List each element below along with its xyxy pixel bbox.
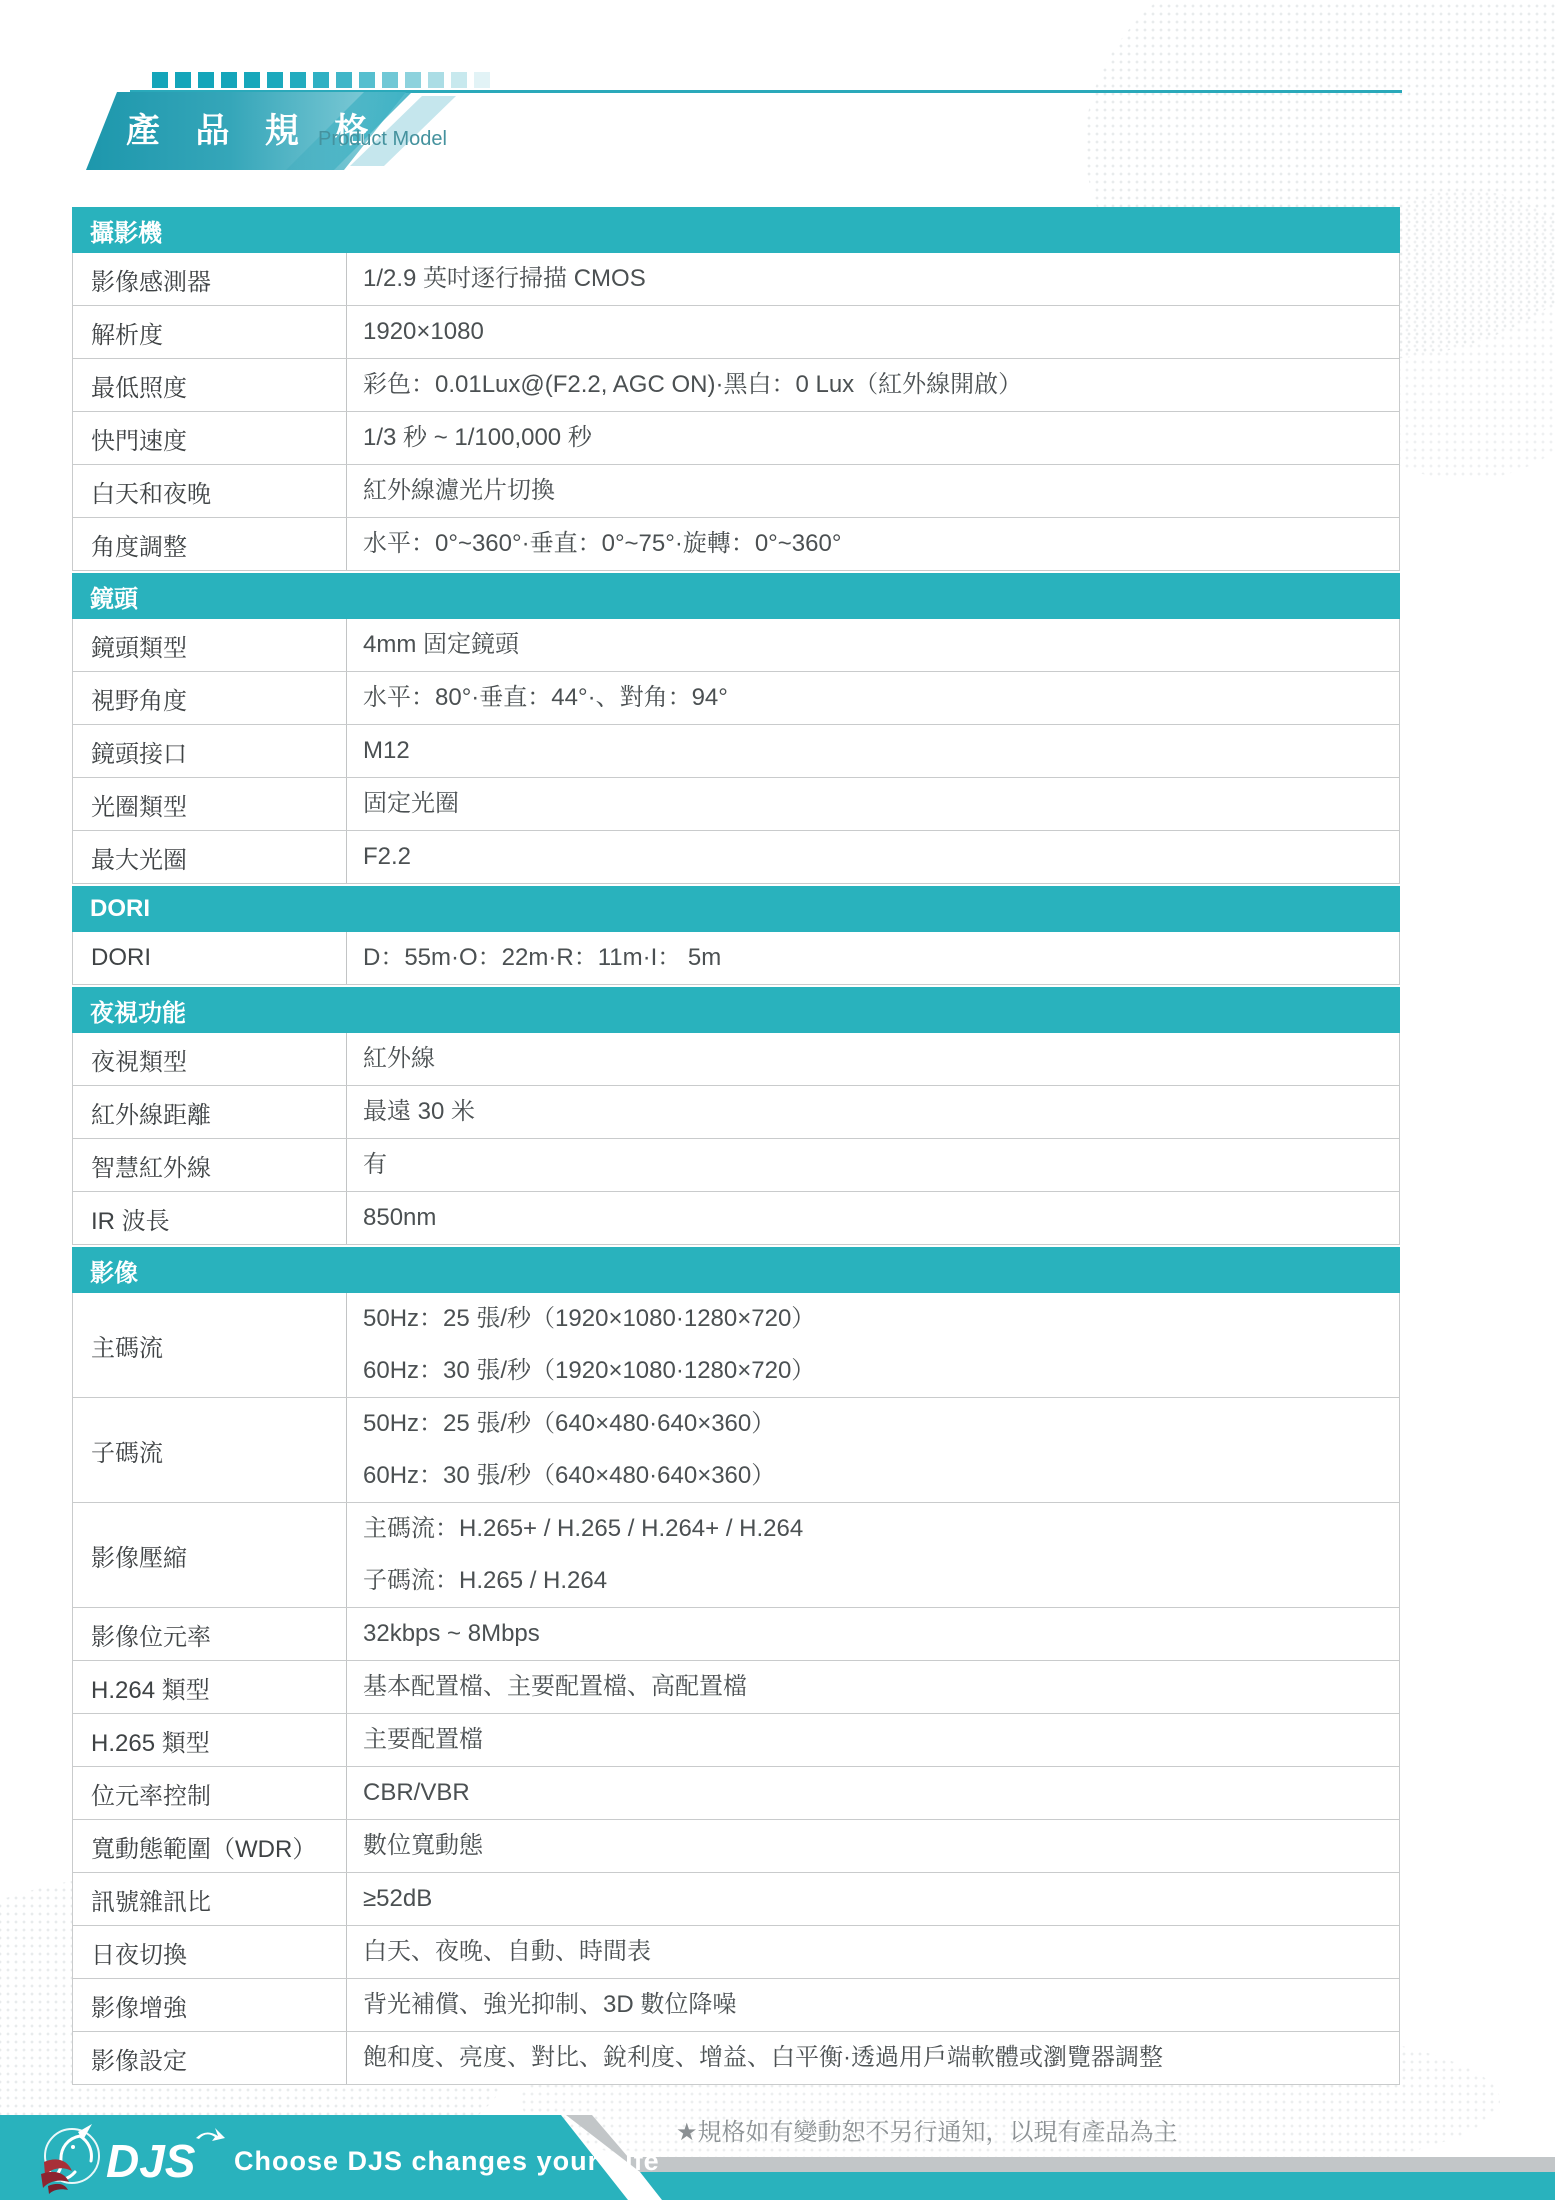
spec-value-line: 基本配置檔、主要配置檔、高配置檔: [363, 1661, 1399, 1713]
section-title: 攝影機: [90, 213, 162, 248]
spec-value-line: 32kbps ~ 8Mbps: [363, 1608, 1399, 1660]
spec-label: 影像增強: [73, 1979, 347, 2031]
spec-label: 影像位元率: [73, 1608, 347, 1660]
spec-value-line: 背光補償、強光抑制、3D 數位降噪: [363, 1979, 1399, 2031]
spec-value: 最遠 30 米: [347, 1086, 1399, 1138]
spec-row: 紅外線距離最遠 30 米: [73, 1086, 1399, 1139]
spec-row: 角度調整水平：0°~360°·垂直：0°~75°·旋轉：0°~360°: [73, 518, 1399, 571]
spec-value-line: 紅外線: [363, 1033, 1399, 1085]
spec-value-line: 50Hz：25 張/秒（640×480·640×360）: [363, 1398, 1399, 1450]
spec-value: 紅外線: [347, 1033, 1399, 1085]
spec-label: 角度調整: [73, 518, 347, 570]
square-dot: [152, 72, 168, 88]
spec-row: 夜視類型紅外線: [73, 1033, 1399, 1086]
section-header: 夜視功能: [72, 987, 1400, 1033]
spec-value: 水平：0°~360°·垂直：0°~75°·旋轉：0°~360°: [347, 518, 1399, 570]
section-header: DORI: [72, 886, 1400, 932]
spec-value-line: 60Hz：30 張/秒（1920×1080·1280×720）: [363, 1345, 1399, 1397]
spec-value: F2.2: [347, 831, 1399, 883]
spec-row: 鏡頭類型4mm 固定鏡頭: [73, 619, 1399, 672]
spec-value-line: 1/3 秒 ~ 1/100,000 秒: [363, 412, 1399, 464]
spec-value-line: 主要配置檔: [363, 1714, 1399, 1766]
square-dot: [221, 72, 237, 88]
square-dot: [405, 72, 421, 88]
spec-row: 主碼流50Hz：25 張/秒（1920×1080·1280×720）60Hz：3…: [73, 1293, 1399, 1398]
spec-value-line: 紅外線濾光片切換: [363, 465, 1399, 517]
section-header: 鏡頭: [72, 573, 1400, 619]
spec-label: 位元率控制: [73, 1767, 347, 1819]
spec-value-line: 固定光圈: [363, 778, 1399, 830]
spec-label: 影像設定: [73, 2032, 347, 2084]
square-dot: [451, 72, 467, 88]
spec-label: 訊號雜訊比: [73, 1873, 347, 1925]
spec-value: 4mm 固定鏡頭: [347, 619, 1399, 671]
spec-table: 攝影機影像感測器1/2.9 英吋逐行掃描 CMOS解析度1920×1080最低照…: [72, 205, 1400, 2085]
section-title: 影像: [90, 1253, 138, 1288]
spec-value-line: ≥52dB: [363, 1873, 1399, 1925]
section-header: 攝影機: [72, 207, 1400, 253]
spec-label: 寬動態範圍（WDR）: [73, 1820, 347, 1872]
spec-value: 1920×1080: [347, 306, 1399, 358]
spec-value: 50Hz：25 張/秒（1920×1080·1280×720）60Hz：30 張…: [347, 1293, 1399, 1397]
spec-row: 影像位元率32kbps ~ 8Mbps: [73, 1608, 1399, 1661]
spec-value: 主要配置檔: [347, 1714, 1399, 1766]
section-header: 影像: [72, 1247, 1400, 1293]
section-body: 夜視類型紅外線紅外線距離最遠 30 米智慧紅外線有IR 波長850nm: [72, 1033, 1400, 1245]
spec-row: 日夜切換白天、夜晚、自動、時間表: [73, 1926, 1399, 1979]
spec-value-line: 子碼流：H.265 / H.264: [363, 1555, 1399, 1607]
spec-row: 白天和夜晚紅外線濾光片切換: [73, 465, 1399, 518]
logo-text: DJS: [106, 2135, 196, 2187]
spec-row: 影像感測器1/2.9 英吋逐行掃描 CMOS: [73, 253, 1399, 306]
spec-label: 子碼流: [73, 1398, 347, 1502]
spec-value-line: 50Hz：25 張/秒（1920×1080·1280×720）: [363, 1293, 1399, 1345]
header-squares: [152, 72, 497, 88]
spec-label: DORI: [73, 932, 347, 984]
spec-value-line: 飽和度、亮度、對比、銳利度、增益、白平衡·透過用戶端軟體或瀏覽器調整: [363, 2032, 1399, 2084]
spec-value-line: 彩色：0.01Lux@(F2.2, AGC ON)·黑白：0 Lux（紅外線開啟…: [363, 359, 1399, 411]
footer-disclaimer: ★規格如有變動恕不另行通知，以現有產品為主: [676, 2112, 1178, 2147]
square-dot: [198, 72, 214, 88]
spec-value-line: 水平：0°~360°·垂直：0°~75°·旋轉：0°~360°: [363, 518, 1399, 570]
spec-row: 影像壓縮主碼流：H.265+ / H.265 / H.264+ / H.264子…: [73, 1503, 1399, 1608]
section-body: 鏡頭類型4mm 固定鏡頭視野角度水平：80°·垂直：44°·、對角：94°鏡頭接…: [72, 619, 1400, 884]
spec-label: H.265 類型: [73, 1714, 347, 1766]
spec-label: 日夜切換: [73, 1926, 347, 1978]
square-dot: [474, 72, 490, 88]
spec-value-line: 4mm 固定鏡頭: [363, 619, 1399, 671]
section-body: DORID：55m·O：22m·R：11m·I： 5m: [72, 932, 1400, 985]
spec-value-line: M12: [363, 725, 1399, 777]
spec-row: 位元率控制CBR/VBR: [73, 1767, 1399, 1820]
section-body: 影像感測器1/2.9 英吋逐行掃描 CMOS解析度1920×1080最低照度彩色…: [72, 253, 1400, 571]
spec-value: 1/3 秒 ~ 1/100,000 秒: [347, 412, 1399, 464]
spec-label: 最低照度: [73, 359, 347, 411]
spec-row: 智慧紅外線有: [73, 1139, 1399, 1192]
spec-sheet-page: 產 品 規 格 Product Model 攝影機影像感測器1/2.9 英吋逐行…: [0, 0, 1555, 2200]
spec-value: 背光補償、強光抑制、3D 數位降噪: [347, 1979, 1399, 2031]
spec-value-line: 1/2.9 英吋逐行掃描 CMOS: [363, 253, 1399, 305]
section-body: 主碼流50Hz：25 張/秒（1920×1080·1280×720）60Hz：3…: [72, 1293, 1400, 2085]
spec-value-line: 白天、夜晚、自動、時間表: [363, 1926, 1399, 1978]
spec-label: 光圈類型: [73, 778, 347, 830]
spec-value-line: 水平：80°·垂直：44°·、對角：94°: [363, 672, 1399, 724]
spec-value: 白天、夜晚、自動、時間表: [347, 1926, 1399, 1978]
spec-label: 紅外線距離: [73, 1086, 347, 1138]
spec-value: 基本配置檔、主要配置檔、高配置檔: [347, 1661, 1399, 1713]
spec-value-line: 主碼流：H.265+ / H.265 / H.264+ / H.264: [363, 1503, 1399, 1555]
spec-value-line: 850nm: [363, 1192, 1399, 1244]
spec-label: 視野角度: [73, 672, 347, 724]
spec-value-line: 60Hz：30 張/秒（640×480·640×360）: [363, 1450, 1399, 1502]
spec-label: 解析度: [73, 306, 347, 358]
section-title: DORI: [90, 895, 150, 923]
spec-value: 1/2.9 英吋逐行掃描 CMOS: [347, 253, 1399, 305]
spec-label: 影像感測器: [73, 253, 347, 305]
spec-row: 快門速度1/3 秒 ~ 1/100,000 秒: [73, 412, 1399, 465]
spec-row: 訊號雜訊比≥52dB: [73, 1873, 1399, 1926]
section-title: 鏡頭: [90, 579, 138, 614]
square-dot: [175, 72, 191, 88]
spec-value: 固定光圈: [347, 778, 1399, 830]
square-dot: [244, 72, 260, 88]
spec-value: ≥52dB: [347, 1873, 1399, 1925]
spec-label: 主碼流: [73, 1293, 347, 1397]
spec-label: 影像壓縮: [73, 1503, 347, 1607]
square-dot: [336, 72, 352, 88]
spec-value-line: 數位寬動態: [363, 1820, 1399, 1872]
spec-label: 智慧紅外線: [73, 1139, 347, 1191]
section-title: 夜視功能: [90, 993, 186, 1028]
page-subtitle: Product Model: [318, 128, 447, 151]
spec-value: 850nm: [347, 1192, 1399, 1244]
spec-value-line: CBR/VBR: [363, 1767, 1399, 1819]
spec-label: 白天和夜晚: [73, 465, 347, 517]
spec-row: H.265 類型主要配置檔: [73, 1714, 1399, 1767]
spec-value: 主碼流：H.265+ / H.265 / H.264+ / H.264子碼流：H…: [347, 1503, 1399, 1607]
square-dot: [290, 72, 306, 88]
spec-row: 解析度1920×1080: [73, 306, 1399, 359]
spec-label: IR 波長: [73, 1192, 347, 1244]
spec-row: 鏡頭接口M12: [73, 725, 1399, 778]
spec-value: M12: [347, 725, 1399, 777]
spec-value: CBR/VBR: [347, 1767, 1399, 1819]
spec-value: 數位寬動態: [347, 1820, 1399, 1872]
spec-label: H.264 類型: [73, 1661, 347, 1713]
spec-row: 最大光圈F2.2: [73, 831, 1399, 884]
djs-logo: DJS: [36, 2120, 246, 2198]
spec-row: 影像設定飽和度、亮度、對比、銳利度、增益、白平衡·透過用戶端軟體或瀏覽器調整: [73, 2032, 1399, 2085]
spec-label: 鏡頭接口: [73, 725, 347, 777]
spec-label: 夜視類型: [73, 1033, 347, 1085]
spec-row: 最低照度彩色：0.01Lux@(F2.2, AGC ON)·黑白：0 Lux（紅…: [73, 359, 1399, 412]
spec-label: 快門速度: [73, 412, 347, 464]
spec-value-line: D：55m·O：22m·R：11m·I： 5m: [363, 932, 1399, 984]
spec-row: H.264 類型基本配置檔、主要配置檔、高配置檔: [73, 1661, 1399, 1714]
square-dot: [267, 72, 283, 88]
square-dot: [359, 72, 375, 88]
spec-row: 光圈類型固定光圈: [73, 778, 1399, 831]
square-dot: [382, 72, 398, 88]
footer-slogan: Choose DJS changes your Life: [234, 2146, 660, 2177]
spec-value: 50Hz：25 張/秒（640×480·640×360）60Hz：30 張/秒（…: [347, 1398, 1399, 1502]
spec-row: 視野角度水平：80°·垂直：44°·、對角：94°: [73, 672, 1399, 725]
spec-value: 32kbps ~ 8Mbps: [347, 1608, 1399, 1660]
spec-value: D：55m·O：22m·R：11m·I： 5m: [347, 932, 1399, 984]
footer-teal-strip-right: [640, 2172, 1555, 2200]
spec-value-line: 最遠 30 米: [363, 1086, 1399, 1138]
spec-value-line: F2.2: [363, 831, 1399, 883]
spec-row: DORID：55m·O：22m·R：11m·I： 5m: [73, 932, 1399, 985]
logo-arrow: [196, 2128, 225, 2141]
unicorn-icon: [41, 2124, 99, 2194]
spec-value-line: 有: [363, 1139, 1399, 1191]
spec-row: 影像增強背光補償、強光抑制、3D 數位降噪: [73, 1979, 1399, 2032]
spec-row: 子碼流50Hz：25 張/秒（640×480·640×360）60Hz：30 張…: [73, 1398, 1399, 1503]
spec-value: 水平：80°·垂直：44°·、對角：94°: [347, 672, 1399, 724]
spec-row: IR 波長850nm: [73, 1192, 1399, 1245]
spec-value: 有: [347, 1139, 1399, 1191]
square-dot: [313, 72, 329, 88]
spec-value: 紅外線濾光片切換: [347, 465, 1399, 517]
spec-label: 最大光圈: [73, 831, 347, 883]
square-dot: [428, 72, 444, 88]
spec-value-line: 1920×1080: [363, 306, 1399, 358]
spec-row: 寬動態範圍（WDR）數位寬動態: [73, 1820, 1399, 1873]
spec-value: 飽和度、亮度、對比、銳利度、增益、白平衡·透過用戶端軟體或瀏覽器調整: [347, 2032, 1399, 2084]
spec-value: 彩色：0.01Lux@(F2.2, AGC ON)·黑白：0 Lux（紅外線開啟…: [347, 359, 1399, 411]
spec-label: 鏡頭類型: [73, 619, 347, 671]
